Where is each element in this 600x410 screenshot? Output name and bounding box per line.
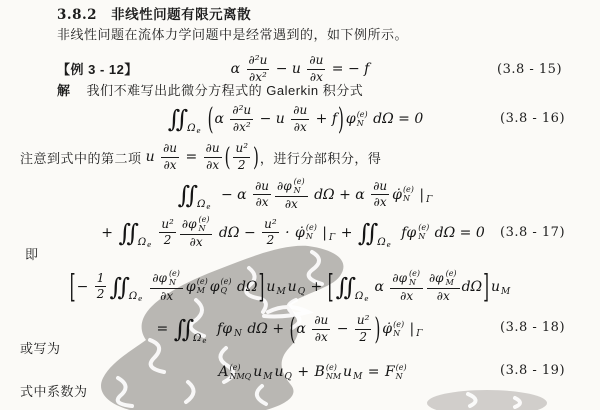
math-token: F(e)N <box>385 364 407 381</box>
note-paragraph: 注意到式中的第二项 u ∂u∂x = ∂u∂x(u²2) ，进行分部积分，得 <box>20 138 381 176</box>
math-token: | <box>415 187 424 203</box>
math-token: (e) <box>396 364 407 372</box>
math-token: (e)N <box>306 224 317 241</box>
math-token: ] <box>259 268 265 306</box>
math-token: dΩ − <box>214 225 260 241</box>
math-token: ∬Ωe <box>109 276 146 299</box>
math-token: (e)N <box>393 321 404 338</box>
note-text-post: ，进行分部积分，得 <box>260 148 382 167</box>
math-token: fφ <box>397 225 416 241</box>
math-token: φ <box>346 111 356 127</box>
math-token: ∂²u∂x² <box>230 104 253 135</box>
math-token: ∂u <box>371 180 389 196</box>
math-token: Ωe <box>355 291 368 302</box>
math-token: 2 <box>359 331 367 345</box>
math-token: ∂²u <box>247 54 270 70</box>
math-token: ∂φ(e)N∂x <box>150 270 183 304</box>
math-token: = <box>181 149 202 165</box>
math-token: ∂φ(e)N <box>275 178 308 197</box>
math-token: − u <box>271 61 305 77</box>
math-token: φ̇ <box>382 321 392 337</box>
math-token: ∂u <box>255 180 269 194</box>
math-token: + <box>306 279 327 295</box>
math-token: φ(e)Q <box>210 278 232 295</box>
math-token: ∂u∂x <box>161 142 179 173</box>
math-token: φ̇(e)N <box>295 224 317 241</box>
math-token: ∂x <box>372 195 389 210</box>
math-token: φ̇ <box>392 187 402 203</box>
math-token: (e) <box>403 186 414 194</box>
math-token: (e)N <box>197 216 209 233</box>
math-token: e <box>147 241 151 252</box>
math-token: ∂u∂x <box>307 54 325 85</box>
math-token: ∬Ωe <box>174 318 211 341</box>
math-token: u <box>288 279 297 295</box>
math-token: 12 <box>95 272 107 303</box>
math-token: (e)N <box>357 111 368 128</box>
math-token: ∂u <box>161 142 179 158</box>
math-token: u²2 <box>355 314 372 345</box>
equation-number-15: (3.8 - 15) <box>497 62 562 77</box>
math-token: u <box>146 149 159 165</box>
math-token: [ <box>328 268 334 306</box>
math-token: u²2 <box>233 142 250 173</box>
math-token: Γ <box>416 329 422 339</box>
math-token: (e)N <box>417 224 429 241</box>
math-token: ∂u∂x <box>253 180 271 211</box>
math-token: M <box>263 372 272 382</box>
math-token: ∂x <box>435 289 452 304</box>
math-token: ∂φ(e)N∂x <box>180 216 213 250</box>
math-token: ∂x <box>398 289 415 304</box>
connector-ji: 即 <box>25 247 39 263</box>
math-token: (e) <box>221 278 232 286</box>
math-token: B(e)NM <box>315 364 342 381</box>
math-token: | <box>318 225 327 241</box>
math-token: ∂u <box>163 142 177 156</box>
math-token: u <box>253 364 262 380</box>
math-token: 2 <box>265 233 277 248</box>
math-token: ∬ <box>178 184 198 207</box>
math-token: α <box>296 321 310 337</box>
math-token: ∂u <box>307 54 325 70</box>
equation-math: ∬Ωe − α ∂u∂x∂φ(e)N∂x dΩ + α ∂u∂xφ̇(e)N |… <box>177 178 434 212</box>
math-token: u <box>491 279 500 295</box>
math-token: N <box>403 195 414 203</box>
math-token: u <box>266 279 275 295</box>
math-token: M <box>353 372 362 382</box>
math-token: u² <box>161 218 174 232</box>
math-token: φ̇(e)N <box>382 321 404 338</box>
math-token: ∂u <box>314 314 328 328</box>
math-token: uM <box>253 364 272 380</box>
math-token: ∂u <box>373 180 387 194</box>
math-token: ∂φ <box>182 218 197 232</box>
math-token: ∬ <box>109 276 129 299</box>
math-token: 2 <box>357 330 369 345</box>
math-token: u² <box>233 142 250 158</box>
math-token: ∂φ(e)N <box>390 270 423 289</box>
math-token: ∂x <box>400 290 413 304</box>
math-token: N <box>169 279 180 287</box>
math-token: dΩ = 0 <box>369 111 424 127</box>
math-token: − u <box>255 111 289 127</box>
math-token: N <box>234 329 242 339</box>
math-token: uM <box>266 279 285 295</box>
math-token: + <box>336 225 357 241</box>
math-token: (e) <box>418 224 429 232</box>
math-token: ∂²u <box>230 104 253 120</box>
math-token: (e)M <box>445 270 457 287</box>
math-token: fφ <box>213 321 232 337</box>
footer-text: 式中系数为 <box>20 384 88 400</box>
math-token: Ωe <box>377 237 390 248</box>
math-token: ∂x <box>283 197 300 212</box>
math-token: ∂²u <box>249 54 268 68</box>
math-token: ∬ <box>174 318 194 341</box>
math-token: u² <box>264 218 277 232</box>
math-token: ∂²u <box>232 104 251 118</box>
math-token: ) <box>338 101 344 137</box>
math-token: ∂x <box>292 120 309 135</box>
math-token: (e) <box>198 216 209 224</box>
math-token: (e) <box>409 270 420 278</box>
math-token: α <box>374 279 388 295</box>
equation-3-8-17-line1: ∬Ωe − α ∂u∂x∂φ(e)N∂x dΩ + α ∂u∂xφ̇(e)N |… <box>165 175 445 215</box>
math-token: ∂φ(e)N∂x <box>275 178 308 212</box>
math-token: φ(e)M <box>186 278 208 295</box>
math-token: ) <box>374 311 380 347</box>
math-token: | <box>405 321 414 337</box>
math-token: (e)Q <box>221 278 232 295</box>
math-token: ∂φ <box>277 180 292 194</box>
math-token: (e)M <box>197 278 208 295</box>
math-token: 2 <box>162 233 174 248</box>
math-token: uM <box>491 279 510 295</box>
math-token: (e) <box>169 270 180 278</box>
math-token: N <box>396 373 407 381</box>
math-token: B <box>315 364 325 380</box>
math-token: ∬ <box>336 276 356 299</box>
math-token: ∂x <box>164 159 177 173</box>
solution-label: 解 <box>57 83 71 98</box>
math-token: (e)N <box>396 364 407 381</box>
math-token: N <box>306 233 317 241</box>
math-token: 2 <box>95 287 107 302</box>
equation-3-8-19: A(e)NMQuMuQ + B(e)NMuM = F(e)N <box>205 357 420 387</box>
math-token: u²2 <box>159 218 176 249</box>
equation-math: + ∬Ωeu²2∂φ(e)N∂x dΩ − u²2 · φ̇(e)N |Γ + … <box>101 216 485 250</box>
math-token: (e)N <box>409 270 420 287</box>
math-token: (e) <box>393 321 404 329</box>
math-token: (e) <box>326 364 341 372</box>
math-token: e <box>387 241 391 252</box>
math-token: ∂x² <box>231 120 253 135</box>
math-token: (e) <box>306 224 317 232</box>
math-token: ∂x <box>162 158 179 173</box>
math-token: ∂u <box>291 104 309 120</box>
math-token: NMQ <box>229 373 251 381</box>
math-token: Γ <box>329 233 335 243</box>
math-token: ∂x <box>315 331 328 345</box>
textbook-page: 3.8.2非线性问题有限元离散 非线性问题在流体力学问题中是经常遇到的，如下例所… <box>0 0 600 410</box>
math-token: Γ <box>415 324 422 334</box>
watermark-ink-smudge <box>427 390 547 410</box>
math-token: A <box>218 364 228 380</box>
math-token: ∂u <box>206 142 220 156</box>
math-token: 2 <box>236 158 248 173</box>
math-token: ∂x <box>160 290 173 304</box>
math-token: Γ <box>426 195 432 205</box>
math-token: 1 <box>97 272 105 286</box>
math-token: e <box>138 295 142 306</box>
math-token: uM <box>343 364 362 380</box>
math-token: − <box>332 321 353 337</box>
math-token: ∂x <box>188 235 205 250</box>
math-token: ∂x <box>285 198 298 212</box>
math-token: ∂²u∂x² <box>247 54 270 85</box>
math-token: − <box>77 279 93 295</box>
math-token: dΩ <box>462 279 483 295</box>
note-text-pre: 注意到式中的第二项 <box>20 148 146 167</box>
math-token: + <box>101 225 117 241</box>
math-token: φ <box>186 279 196 295</box>
math-token: ] <box>483 268 489 306</box>
math-token: dΩ <box>233 279 258 295</box>
math-token: ∬Ωe <box>168 108 205 131</box>
math-token: ∂u <box>293 104 307 118</box>
math-token: ∂φ(e)N <box>180 216 213 235</box>
math-token: ) <box>253 142 259 173</box>
math-token: ∂u∂x <box>371 180 389 211</box>
math-token: ∂φ(e)M∂x <box>427 270 460 304</box>
inline-math: u ∂u∂x = ∂u∂x(u²2) <box>146 142 260 173</box>
math-token: (e)N <box>169 270 180 287</box>
math-token: M <box>197 287 208 295</box>
section-title: 非线性问题有限元离散 <box>111 7 251 22</box>
math-token: ∂x <box>313 330 330 345</box>
math-token: = − f <box>327 61 369 77</box>
math-token: ∂u <box>312 314 330 330</box>
math-token: ∂x <box>204 158 221 173</box>
equation-math: α ∂²u∂x² − u ∂u∂x = − f <box>231 54 370 85</box>
math-token: ∂u <box>204 142 222 158</box>
equation-math: [− 12∬Ωe∂φ(e)N∂xφ(e)Mφ(e)Q dΩ]uMuQ + [∬Ω… <box>69 270 512 304</box>
math-token: ∬Ωe <box>336 276 373 299</box>
math-token: Γ <box>328 228 335 238</box>
math-token: ∂u <box>253 180 271 196</box>
math-token: Q <box>285 372 292 382</box>
math-token: ∬Ωe <box>118 222 155 245</box>
math-token: ∂φ <box>429 272 444 286</box>
math-token: φ <box>210 279 220 295</box>
math-token: ∂x <box>256 196 269 210</box>
math-token: α <box>215 111 229 127</box>
math-token: ∬ <box>118 222 138 245</box>
math-token: + f <box>311 111 337 127</box>
math-token: N <box>198 225 209 233</box>
connector-or: 或写为 <box>20 341 61 357</box>
math-token: N <box>409 279 420 287</box>
math-token: u²2 <box>262 218 279 249</box>
math-token: M <box>276 287 285 297</box>
math-token: Ωe <box>138 237 151 248</box>
math-token: ( <box>225 142 231 173</box>
math-token: ∂u∂x <box>291 104 309 135</box>
math-token: (e)M <box>446 270 457 287</box>
math-token: ∂x <box>294 121 307 135</box>
math-token: 2 <box>267 234 275 248</box>
math-token: α <box>231 61 245 77</box>
math-token: M <box>501 287 510 297</box>
equation-math: = ∬Ωe fφN dΩ + (α ∂u∂x − u²2)φ̇(e)N |Γ <box>157 314 424 345</box>
math-token: ∂φ(e)N∂x <box>390 270 423 304</box>
math-token: dΩ + α <box>310 187 370 203</box>
example-label: 【例 3 - 12】 <box>57 62 138 78</box>
math-token: ∬ <box>168 108 188 131</box>
math-token: (e)N <box>408 270 420 287</box>
math-token: (e)N <box>198 216 209 233</box>
math-token: ∬ <box>358 222 378 245</box>
math-token: ∂x <box>374 196 387 210</box>
math-token: ∂φ <box>152 272 167 286</box>
math-token: N <box>233 324 242 334</box>
math-token: dΩ = 0 <box>430 225 485 241</box>
math-token: ∬Ωe <box>178 184 215 207</box>
math-token: ( <box>290 311 296 347</box>
math-token: u² <box>262 218 279 234</box>
math-token: (e)N <box>293 178 305 195</box>
math-token: ( <box>208 101 214 137</box>
math-token: (e) <box>446 270 457 278</box>
math-token: (e) <box>229 364 251 372</box>
math-token: (e)N <box>403 186 414 203</box>
math-token: u² <box>355 314 372 330</box>
math-token: Γ <box>425 190 432 200</box>
math-token: φ̇ <box>295 225 305 241</box>
math-token: Ωe <box>197 199 210 210</box>
equation-number-17: (3.8 - 17) <box>500 225 565 240</box>
math-token: NM <box>326 373 341 381</box>
math-token: u <box>274 364 283 380</box>
math-token: = <box>157 321 173 337</box>
math-token: Ωe <box>129 291 142 302</box>
math-token: (e)N <box>168 270 180 287</box>
math-token: (e)NM <box>326 364 341 381</box>
math-token: (e) <box>294 178 305 186</box>
equation-3-8-18-line1: [− 12∬Ωe∂φ(e)N∂xφ(e)Mφ(e)Q dΩ]uMuQ + [∬Ω… <box>100 264 480 310</box>
math-token: N <box>393 330 404 338</box>
math-token: ∂x² <box>233 121 251 135</box>
math-token: A(e)NMQ <box>218 364 251 381</box>
math-token: N <box>418 233 429 241</box>
math-token: N <box>294 187 305 195</box>
math-token: Q <box>298 287 305 297</box>
math-token: ∂x <box>158 289 175 304</box>
intro-paragraph: 非线性问题在流体力学问题中是经常遇到的，如下例所示。 <box>57 27 408 43</box>
math-token: e <box>364 295 368 306</box>
math-token: Ωe <box>187 123 200 134</box>
math-token: (e)N <box>418 224 429 241</box>
math-token: u² <box>357 314 370 328</box>
math-token: ∬Ωe <box>358 222 395 245</box>
math-token: = <box>363 364 384 380</box>
math-token: ∂x <box>190 236 203 250</box>
math-token: 2 <box>97 288 105 302</box>
equation-number-19: (3.8 - 19) <box>500 363 565 378</box>
math-token: + <box>293 364 314 380</box>
equation-3-8-17-line2: + ∬Ωeu²2∂φ(e)N∂x dΩ − u²2 · φ̇(e)N |Γ + … <box>123 212 463 254</box>
equation-3-8-18-line2: = ∬Ωe fφN dΩ + (α ∂u∂x − u²2)φ̇(e)N |Γ <box>165 307 415 351</box>
math-token: e <box>196 127 200 138</box>
math-token: Ωe <box>193 333 206 344</box>
math-token: 2 <box>238 159 246 173</box>
section-number: 3.8.2 <box>57 7 97 23</box>
math-token: u² <box>235 142 248 156</box>
math-token: φ̇(e)N <box>392 186 414 203</box>
equation-math: A(e)NMQuMuQ + B(e)NMuM = F(e)N <box>217 364 407 381</box>
math-token: ∂φ(e)M <box>427 270 460 289</box>
equation-math: ∬Ωe(α ∂²u∂x² − u ∂u∂x + f)φ(e)N dΩ = 0 <box>167 104 423 135</box>
solution-line: 解 我们不难写出此微分方程式的 Galerkin 积分式 <box>57 83 363 99</box>
math-token: ∂x <box>254 195 271 210</box>
section-heading: 3.8.2非线性问题有限元离散 <box>57 7 251 24</box>
math-token: N <box>357 120 368 128</box>
math-token: F <box>385 364 395 380</box>
solution-text: 我们不难写出此微分方程式的 Galerkin 积分式 <box>87 83 364 98</box>
math-token: ∂u∂x <box>312 314 330 345</box>
math-token: ∂φ(e)N <box>150 270 183 289</box>
equation-number-16: (3.8 - 16) <box>500 111 565 126</box>
equation-number-18: (3.8 - 18) <box>500 320 565 335</box>
math-token: ∂x <box>206 159 219 173</box>
math-token: M <box>446 279 457 287</box>
math-token: ∂φ <box>392 272 407 286</box>
math-token: u² <box>159 218 176 234</box>
math-token: · <box>281 225 294 241</box>
math-token: − α <box>217 187 252 203</box>
math-token: φ(e)N <box>346 111 368 128</box>
math-token: ∂u <box>309 54 323 68</box>
math-token: (e)NMQ <box>229 364 251 381</box>
math-token: [ <box>70 268 76 306</box>
math-token: (e) <box>197 278 208 286</box>
math-token: ∂u∂x <box>204 142 222 173</box>
equation-3-8-16: ∬Ωe(α ∂²u∂x² − u ∂u∂x + f)φ(e)N dΩ = 0 <box>155 98 435 140</box>
math-token: ∂x <box>437 290 450 304</box>
math-token: (e) <box>357 111 368 119</box>
math-token: (e)N <box>294 178 305 195</box>
math-token: u <box>343 364 352 380</box>
math-token: 2 <box>164 234 172 248</box>
math-token: e <box>202 337 206 348</box>
math-token: dΩ + <box>243 321 289 337</box>
math-token: uQ <box>274 364 291 380</box>
math-token: 1 <box>95 272 107 288</box>
math-token: uQ <box>288 279 305 295</box>
math-token: Q <box>221 287 232 295</box>
